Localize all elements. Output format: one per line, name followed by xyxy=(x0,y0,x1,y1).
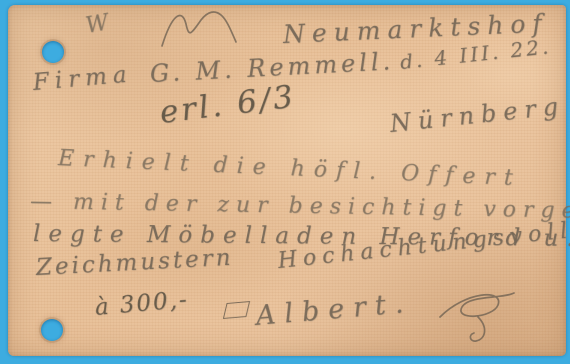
punch-hole-top xyxy=(42,41,64,63)
square-outline-icon xyxy=(223,301,250,319)
signature-paraph-icon xyxy=(432,283,524,355)
corner-mark: W xyxy=(84,12,110,38)
pencil-flourish-icon xyxy=(158,4,240,54)
punch-hole-bottom xyxy=(41,319,63,341)
scanned-postcard: W Neumarktshof d. 4 III. 22. Firma G. M.… xyxy=(0,0,570,364)
